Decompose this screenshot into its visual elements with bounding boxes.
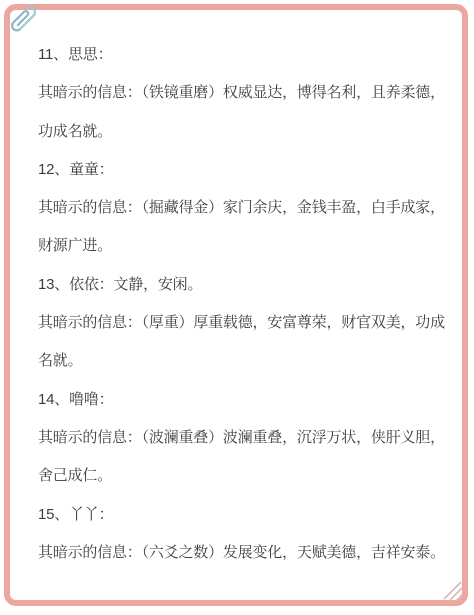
paperclip-icon: [1, 0, 43, 40]
list-entry-13: 13、依依：文静，安闲。 其暗示的信息：（厚重）厚重载德，安富尊荣，财官双美，功…: [38, 266, 458, 381]
entry-line: 其暗示的信息：（六爻之数）发展变化，天赋美德，吉祥安泰。: [38, 534, 458, 572]
entry-line: 财源广进。: [38, 227, 458, 265]
entry-line: 其暗示的信息：（铁镜重磨）权威显达，博得名利，且养柔德，: [38, 74, 458, 112]
corner-hatch-decoration: [440, 578, 464, 602]
entry-heading: 14、噜噜：: [38, 381, 458, 419]
entry-line: 舍己成仁。: [38, 457, 458, 495]
entry-line: 名就。: [38, 342, 458, 380]
entry-line: 其暗示的信息：（厚重）厚重载德，安富尊荣，财官双美，功成: [38, 304, 458, 342]
entry-line: 其暗示的信息：（波澜重叠）波澜重叠，沉浮万状，侠肝义胆，: [38, 419, 458, 457]
list-entry-14: 14、噜噜： 其暗示的信息：（波澜重叠）波澜重叠，沉浮万状，侠肝义胆， 舍己成仁…: [38, 381, 458, 496]
entry-line: 其暗示的信息：（掘藏得金）家门余庆，金钱丰盈，白手成家，: [38, 189, 458, 227]
entry-heading: 13、依依：文静，安闲。: [38, 266, 458, 304]
entry-heading: 11、思思：: [38, 36, 458, 74]
list-entry-11: 11、思思： 其暗示的信息：（铁镜重磨）权威显达，博得名利，且养柔德， 功成名就…: [38, 36, 458, 151]
name-meaning-list: 11、思思： 其暗示的信息：（铁镜重磨）权威显达，博得名利，且养柔德， 功成名就…: [38, 36, 458, 572]
entry-line: 功成名就。: [38, 113, 458, 151]
list-entry-15: 15、丫丫： 其暗示的信息：（六爻之数）发展变化，天赋美德，吉祥安泰。: [38, 496, 458, 573]
list-entry-12: 12、童童： 其暗示的信息：（掘藏得金）家门余庆，金钱丰盈，白手成家， 财源广进…: [38, 151, 458, 266]
entry-heading: 12、童童：: [38, 151, 458, 189]
entry-heading: 15、丫丫：: [38, 496, 458, 534]
